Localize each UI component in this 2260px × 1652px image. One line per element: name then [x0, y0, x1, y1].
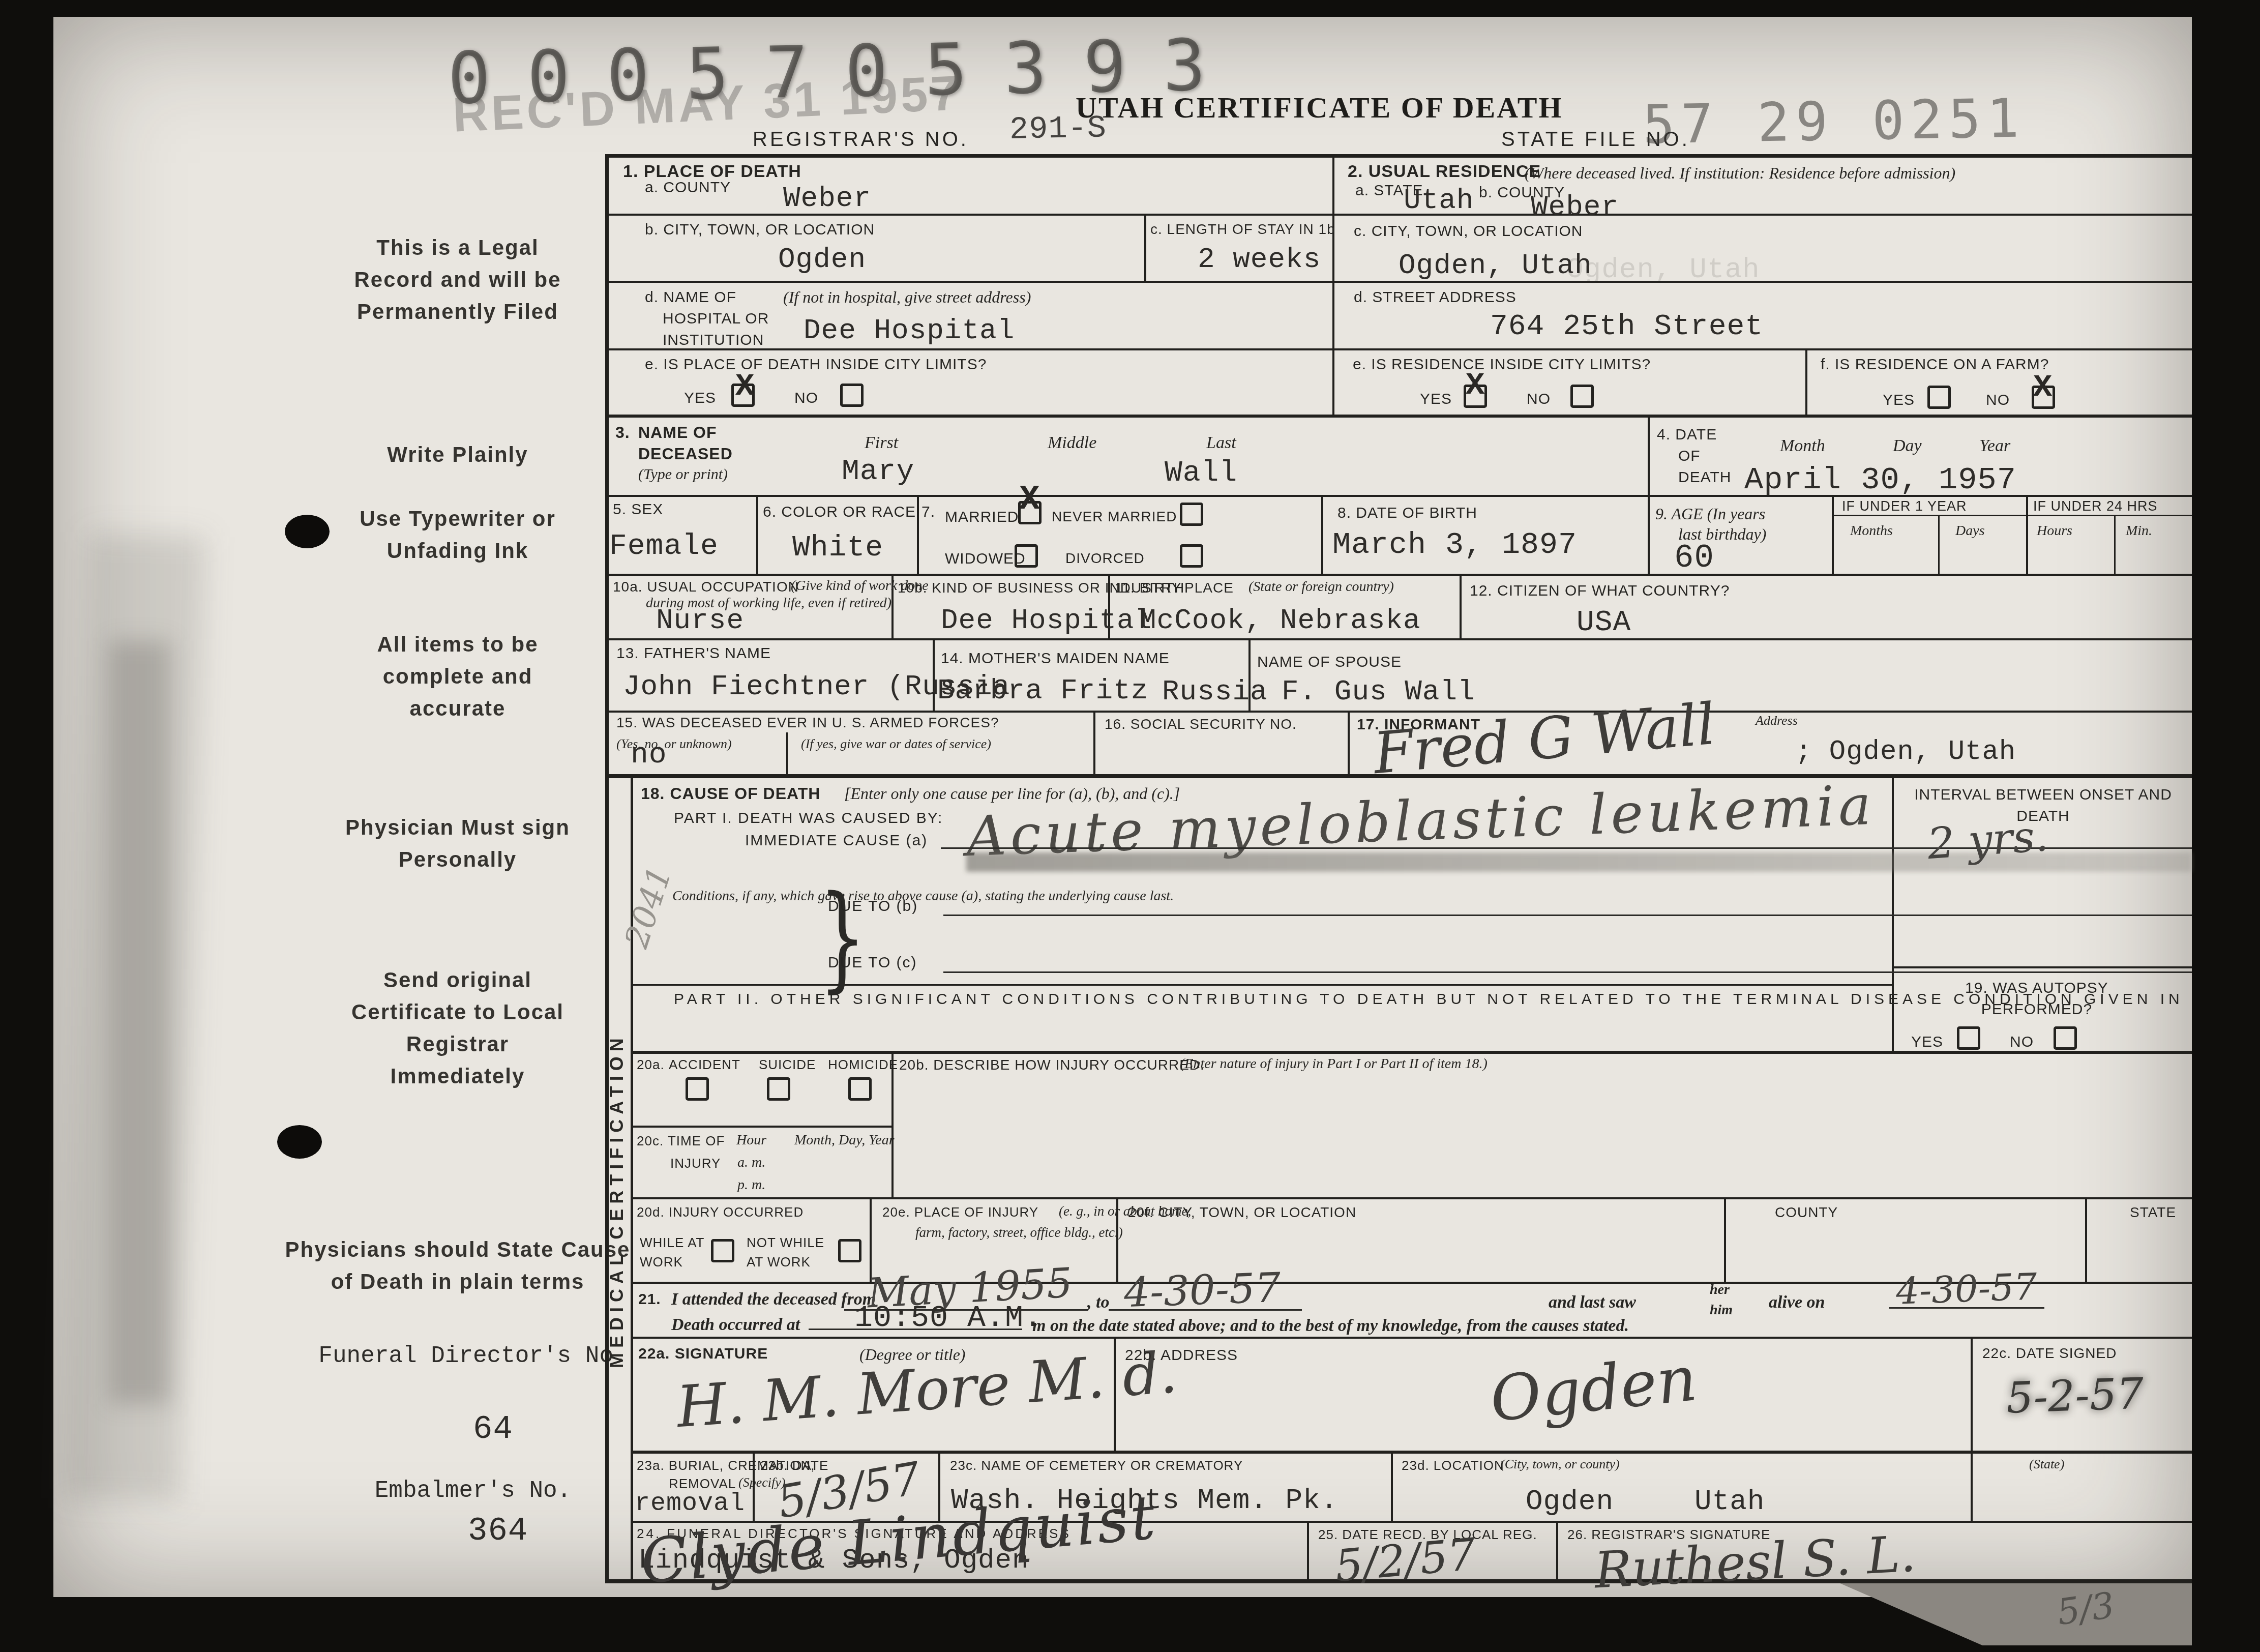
field-2f-yes-checkbox: [1927, 386, 1951, 409]
field-3-hint: (Type or print): [638, 466, 728, 483]
field-20f-label: 20f. CITY, TOWN, OR LOCATION: [1128, 1204, 1356, 1221]
field-20c-label-1: 20c. TIME OF: [637, 1133, 725, 1149]
left-smudge-2: [109, 641, 170, 1404]
field-2e-label: e. IS RESIDENCE INSIDE CITY LIMITS?: [1353, 356, 1651, 373]
grid-line: [1093, 711, 1095, 774]
field-20d-label: 20d. INJURY OCCURRED: [637, 1204, 804, 1220]
field-20a-accident-checkbox: [686, 1077, 709, 1101]
field-7-divorced-label: DIVORCED: [1065, 550, 1145, 567]
field-2c-label: c. CITY, TOWN, OR LOCATION: [1354, 223, 1583, 240]
field-1b-label: b. CITY, TOWN, OR LOCATION: [645, 221, 875, 239]
grid-line: [1832, 515, 2192, 516]
embalmers-no-label: Embalmer's No.: [305, 1478, 641, 1504]
field-9-under1-label: IF UNDER 1 YEAR: [1842, 498, 1967, 514]
field-23c-label: 23c. NAME OF CEMETERY OR CREMATORY: [950, 1458, 1243, 1473]
registrars-no-label: REGISTRAR'S NO.: [753, 128, 969, 151]
grid-line: [786, 732, 788, 774]
funeral-director-no-value: 64: [473, 1411, 513, 1448]
field-4-year-header: Year: [1979, 436, 2010, 456]
field-4-value: April 30, 1957: [1744, 462, 2016, 498]
field-8-label: 8. DATE OF BIRTH: [1337, 505, 1477, 522]
field-spouse-value: F. Gus Wall: [1282, 675, 1475, 708]
field-22a-label: 22a. SIGNATURE: [638, 1345, 768, 1363]
field-7-divorced-checkbox: [1180, 544, 1203, 568]
grid-line: [1307, 1521, 1309, 1579]
grid-line: [1805, 348, 1807, 415]
field-18-conditions-text: Conditions, if any, which gave rise to a…: [672, 886, 810, 907]
field-7-widowed-checkbox: [1015, 544, 1038, 568]
medical-certification-label: MEDICAL CERTIFICATION: [606, 783, 628, 1368]
field-4-month-header: Month: [1780, 436, 1825, 456]
field-3-first-header: First: [865, 433, 898, 453]
field-4-label-1: 4. DATE: [1657, 426, 1717, 444]
field-20e-hint-2: farm, factory, street, office bldg., etc…: [915, 1225, 1123, 1241]
field-20a-suicide-label: SUICIDE: [759, 1057, 816, 1073]
field-9-under24-label: IF UNDER 24 HRS: [2033, 498, 2158, 514]
pencil-note-5-3: 5/3: [2055, 1584, 2117, 1634]
field-13-label: 13. FATHER'S NAME: [616, 645, 771, 662]
funeral-director-no-label: Funeral Director's No.: [315, 1343, 631, 1369]
punch-hole-bottom: [277, 1125, 322, 1159]
field-4-label-2: OF: [1678, 448, 1701, 465]
field-18-due-c-label: DUE TO (c): [828, 954, 917, 971]
grid-line: [917, 495, 919, 574]
field-19-no-checkbox: [2054, 1026, 2077, 1050]
field-2f-yes-label: YES: [1883, 392, 1915, 409]
field-20c-label-2: INJURY: [670, 1156, 721, 1171]
field-1d-label-2: HOSPITAL OR: [663, 310, 769, 328]
field-19-no-label: NO: [2010, 1034, 2034, 1051]
field-spouse-label: NAME OF SPOUSE: [1257, 654, 1402, 671]
field-1c-label: c. LENGTH OF STAY IN 1b: [1150, 221, 1335, 238]
field-7-married-mark: X: [1019, 480, 1040, 519]
page-title: UTAH CERTIFICATE OF DEATH: [1076, 91, 1563, 125]
death-time-value: 10:50 A.M.: [854, 1301, 1043, 1336]
grid-line: [1724, 1197, 1726, 1282]
field-9-months-header: Months: [1850, 523, 1893, 539]
field-21-her: her: [1710, 1282, 1730, 1298]
field-3-number: 3.: [615, 423, 630, 442]
field-20a-homicide-checkbox: [848, 1077, 872, 1101]
field-1e-yes-label: YES: [684, 390, 716, 407]
field-7-number: 7.: [921, 504, 935, 521]
bottom-right-shadow: [1831, 1579, 2192, 1645]
field-19-label: 19. WAS AUTOPSY PERFORMED?: [1917, 978, 2156, 1020]
field-6-value: White: [792, 532, 883, 565]
margin-note-legal-record: This is a Legal Record and will be Perma…: [336, 231, 580, 328]
grid-line: [605, 574, 2192, 576]
attended-to-value: 4-30-57: [1123, 1264, 1282, 1317]
grid-line: [605, 638, 2192, 640]
field-23-state-value: Utah: [1694, 1485, 1765, 1518]
grid-line: [1321, 495, 1323, 574]
field-16-label: 16. SOCIAL SECURITY NO.: [1105, 716, 1297, 732]
margin-note-typewriter: Use Typewriter or Unfading Ink: [325, 503, 590, 567]
field-2e-no-label: NO: [1527, 391, 1551, 408]
grid-line: [756, 495, 758, 574]
field-20-county-label: COUNTY: [1775, 1204, 1838, 1221]
field-17-address-value: ; Ogden, Utah: [1795, 736, 2016, 768]
field-15-value: no: [631, 739, 667, 772]
field-1e-no-label: NO: [794, 390, 818, 407]
field-20-state-label: STATE: [2130, 1204, 2176, 1221]
field-3-last-value: Wall: [1165, 457, 1237, 490]
field-18-title: 18. CAUSE OF DEATH: [641, 784, 820, 803]
field-21-line1a: I attended the deceased from: [671, 1290, 876, 1309]
field-20c-hour-header: Hour: [736, 1132, 766, 1148]
field-1e-no-checkbox: [840, 383, 864, 407]
field-20a-number: 20a.: [637, 1057, 665, 1073]
field-23d-hint: (City, town, or county): [1500, 1457, 1620, 1472]
field-3-last-header: Last: [1206, 433, 1236, 453]
field-10a-label: 10a. USUAL OCCUPATION: [613, 579, 799, 595]
field-7-never-married-checkbox: [1180, 503, 1203, 526]
grid-line: [1938, 515, 1940, 574]
grid-line: [2114, 515, 2116, 574]
field-10b-value: Dee Hospital: [941, 604, 1152, 637]
field-1d-hint: (If not in hospital, give street address…: [783, 288, 1031, 307]
field-3-label-2: DECEASED: [638, 445, 733, 463]
grid-line: [1348, 711, 1350, 774]
field-5-value: Female: [609, 530, 719, 563]
field-21-line2a: Death occurred at: [671, 1315, 800, 1335]
to-underline: [1109, 1309, 1302, 1311]
field-23-state-hint: (State): [2029, 1457, 2064, 1472]
field-20a-accident-label: ACCIDENT: [669, 1057, 740, 1073]
field-13-value: John Fiechtner (Russia: [623, 670, 1010, 703]
field-20d-while-2: WORK: [640, 1254, 683, 1270]
grid-line: [631, 1051, 2192, 1054]
field-5-label: 5. SEX: [613, 501, 663, 518]
grid-line: [2026, 495, 2028, 574]
field-21-to-word: , to: [1087, 1293, 1109, 1312]
field-12-label: 12. CITIZEN OF WHAT COUNTRY?: [1470, 582, 1730, 600]
field-18-part1-label: PART I. DEATH WAS CAUSED BY:: [674, 810, 943, 827]
field-12-value: USA: [1577, 606, 1631, 639]
field-14-value-2: Russia: [1162, 675, 1268, 708]
time-underline: [809, 1329, 1022, 1330]
field-4-label-3: DEATH: [1678, 469, 1731, 486]
field-23d-label: 23d. LOCATION: [1402, 1458, 1504, 1473]
margin-note-plain-terms: Physicians should State Cause of Death i…: [285, 1233, 631, 1297]
field-20a-suicide-checkbox: [767, 1077, 790, 1101]
field-2c-value: Ogden, Utah: [1399, 249, 1592, 282]
field-2d-label: d. STREET ADDRESS: [1354, 289, 1516, 306]
field-20e-label: 20e. PLACE OF INJURY: [882, 1204, 1038, 1220]
field-2f-label: f. IS RESIDENCE ON A FARM?: [1821, 356, 2049, 373]
field-2-title: 2. USUAL RESIDENCE: [1348, 162, 1541, 182]
field-21-alive-on: alive on: [1769, 1293, 1825, 1312]
field-17-address-label: Address: [1756, 713, 1798, 728]
field-1a-value: Weber: [783, 182, 871, 215]
field-2d-value: 764 25th Street: [1490, 310, 1763, 343]
grid-line: [605, 415, 2192, 418]
grid-line: [631, 1451, 2192, 1454]
field-11-value: McCook, Nebraska: [1139, 604, 1421, 637]
field-2e-no-checkbox: [1570, 385, 1594, 408]
alive-underline: [1889, 1307, 2044, 1309]
field-1c-value: 2 weeks: [1198, 243, 1321, 276]
field-9-days-header: Days: [1955, 523, 1985, 539]
field-1e-label: e. IS PLACE OF DEATH INSIDE CITY LIMITS?: [645, 356, 987, 373]
field-20d-notwhile-2: AT WORK: [747, 1254, 811, 1270]
field-7-never-married-label: NEVER MARRIED: [1052, 509, 1177, 525]
field-20d-while-checkbox: [711, 1239, 734, 1262]
last-alive-value: 4-30-57: [1895, 1265, 2038, 1313]
field-14-label: 14. MOTHER'S MAIDEN NAME: [941, 650, 1170, 667]
field-9-hours-header: Hours: [2037, 523, 2072, 539]
field-3-label-1: NAME OF: [638, 423, 717, 442]
field-20c-mdy-header: Month, Day, Year: [794, 1132, 895, 1148]
grid-line: [1144, 214, 1146, 281]
field-1d-label-3: INSTITUTION: [663, 332, 764, 349]
grid-line: [1892, 966, 2192, 968]
field-23a-value: removal: [635, 1489, 745, 1518]
grid-line: [605, 348, 2192, 350]
field-20c-am: a. m.: [737, 1155, 765, 1171]
field-20d-notwhile-checkbox: [838, 1239, 861, 1262]
embalmers-no-value: 364: [468, 1513, 528, 1550]
grid-line: [1460, 574, 1462, 638]
due-c-line: [943, 971, 2192, 973]
field-2f-no-label: NO: [1986, 392, 2010, 409]
field-21-number: 21.: [638, 1291, 661, 1308]
field-20a-homicide-label: HOMICIDE: [828, 1057, 898, 1073]
field-19-yes-checkbox: [1957, 1026, 1980, 1050]
grid-line: [1556, 1521, 1558, 1579]
field-2e-yes-mark: X: [1466, 367, 1484, 403]
field-7-widowed-label: WIDOWED: [945, 550, 1026, 568]
field-3-middle-header: Middle: [1048, 433, 1096, 453]
field-1e-yes-mark: X: [735, 368, 754, 404]
field-18-due-b-label: DUE TO (b): [828, 898, 918, 915]
field-20d-while-1: WHILE AT: [640, 1235, 704, 1251]
field-20b-label: 20b. DESCRIBE HOW INJURY OCCURRED.: [899, 1057, 1205, 1073]
field-21-him: him: [1710, 1302, 1733, 1318]
conditions-brace: }: [819, 871, 866, 1004]
field-2a-value: Utah: [1404, 184, 1474, 217]
grid-line: [1391, 1451, 1393, 1521]
field-8-value: March 3, 1897: [1332, 528, 1577, 563]
grid-line: [631, 1126, 891, 1128]
field-2c-ghost: Ogden, Utah: [1566, 253, 1760, 286]
field-9-min-header: Min.: [2126, 523, 2152, 539]
grid-line: [891, 1051, 894, 1197]
field-2b-value: Weber: [1531, 191, 1619, 223]
grid-line: [1832, 495, 1834, 574]
grid-line: [631, 1197, 2192, 1199]
field-19-yes-label: YES: [1911, 1034, 1943, 1051]
field-11-hint: (State or foreign country): [1248, 579, 1394, 595]
field-2-title-hint: (Where deceased lived. If institution: R…: [1525, 164, 1955, 183]
field-9-label-1: 9. AGE (In years: [1655, 505, 1765, 523]
due-b-line: [943, 914, 2192, 916]
field-1b-value: Ogden: [778, 243, 866, 276]
field-3-first-value: Mary: [842, 455, 914, 488]
state-file-number: 57 29 0251: [1642, 87, 2026, 156]
field-11-label: 11. BIRTHPLACE: [1115, 580, 1234, 596]
field-15-hint-2: (If yes, give war or dates of service): [801, 736, 991, 752]
field-22b-label: 22b. ADDRESS: [1125, 1347, 1238, 1364]
grid-line: [631, 1337, 2192, 1339]
interval-value: 2 yrs.: [1926, 811, 2050, 869]
field-1d-label-1: d. NAME OF: [645, 289, 736, 306]
grid-line: [1971, 1337, 1973, 1521]
margin-note-physician-sign: Physician Must sign Personally: [336, 811, 580, 875]
field-15-label: 15. WAS DECEASED EVER IN U. S. ARMED FOR…: [616, 715, 999, 731]
field-7-married-label: MARRIED: [945, 509, 1019, 526]
field-4-day-header: Day: [1893, 436, 1922, 456]
punch-hole-top: [285, 515, 330, 548]
date-signed-value: 5-2-57: [2005, 1368, 2145, 1423]
grid-line: [605, 154, 2192, 158]
field-21-line1b: and last saw: [1549, 1293, 1636, 1312]
field-23d-value: Ogden: [1526, 1485, 1614, 1518]
grid-line: [605, 711, 2192, 713]
margin-note-send-original: Send original Certificate to Local Regis…: [336, 964, 580, 1092]
field-2e-yes-label: YES: [1420, 391, 1452, 408]
field-20b-hint: (Enter nature of injury in Part I or Par…: [1180, 1056, 1488, 1072]
grid-line: [1892, 774, 1894, 1051]
field-20c-pm: p. m.: [737, 1177, 765, 1193]
field-1a-label: a. COUNTY: [645, 179, 731, 196]
field-2f-no-mark: X: [2033, 369, 2052, 405]
grid-line: [2085, 1197, 2087, 1282]
margin-note-write-plainly: Write Plainly: [336, 438, 580, 470]
grid-line: [1332, 154, 1334, 415]
field-10a-value: Nurse: [656, 604, 744, 637]
field-20d-notwhile-1: NOT WHILE: [747, 1235, 824, 1251]
field-1d-value: Dee Hospital: [804, 314, 1015, 347]
grid-line: [1648, 415, 1650, 574]
field-9-value: 60: [1674, 540, 1714, 577]
field-22c-label: 22c. DATE SIGNED: [1982, 1345, 2117, 1362]
field-6-label: 6. COLOR OR RACE: [763, 504, 916, 521]
margin-note-all-items: All items to be complete and accurate: [336, 628, 580, 724]
field-21-line2b: m on the date stated above; and to the b…: [1032, 1316, 1629, 1336]
field-18-immediate-label: IMMEDIATE CAUSE (a): [745, 832, 928, 849]
